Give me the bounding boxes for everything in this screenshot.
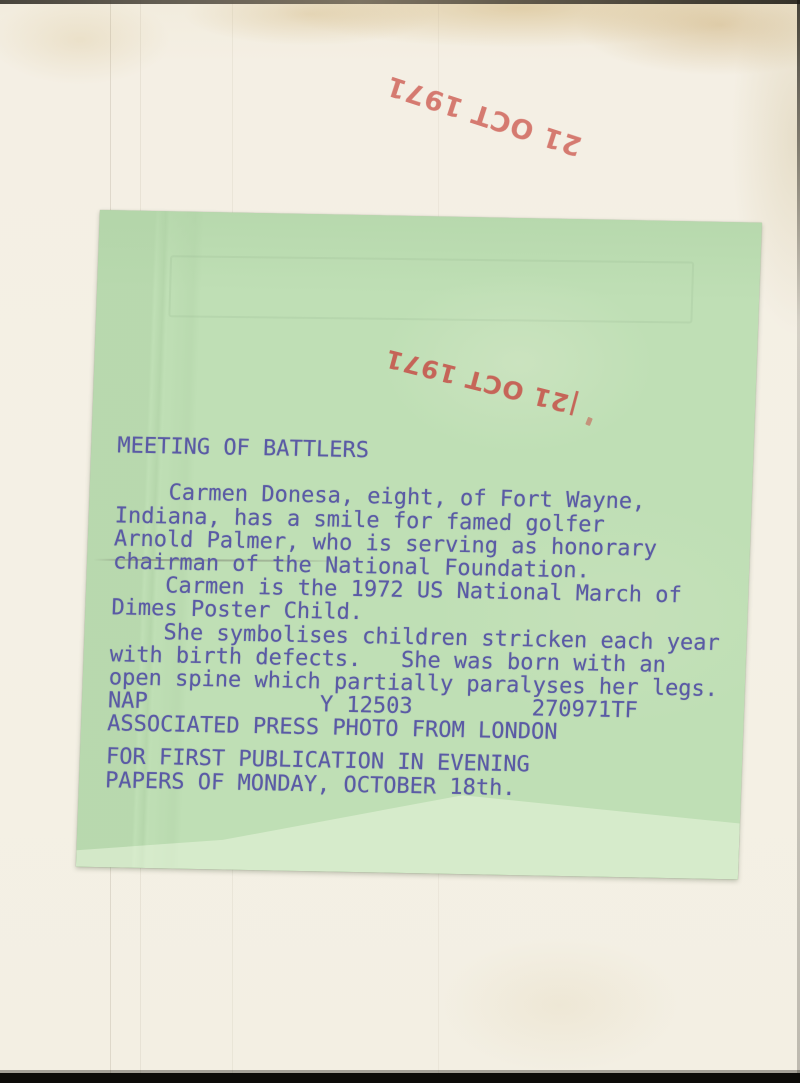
ghost-stamp-impression bbox=[168, 255, 694, 323]
photo-paper-back: 21 OCT 1971 |21 OCT 1971 MEETING OF BATT… bbox=[0, 0, 800, 1073]
date-stamp-label: |21 OCT 1971 bbox=[382, 343, 582, 420]
scan-edge-bottom bbox=[0, 1073, 800, 1083]
stamp-ink-smudge bbox=[585, 417, 593, 426]
typed-caption: MEETING OF BATTLERS Carmen Donesa, eight… bbox=[105, 434, 727, 803]
date-stamp-top: 21 OCT 1971 bbox=[382, 69, 585, 161]
caption-label: |21 OCT 1971 MEETING OF BATTLERS Carmen … bbox=[76, 210, 762, 879]
scan-edge-top bbox=[0, 0, 800, 4]
